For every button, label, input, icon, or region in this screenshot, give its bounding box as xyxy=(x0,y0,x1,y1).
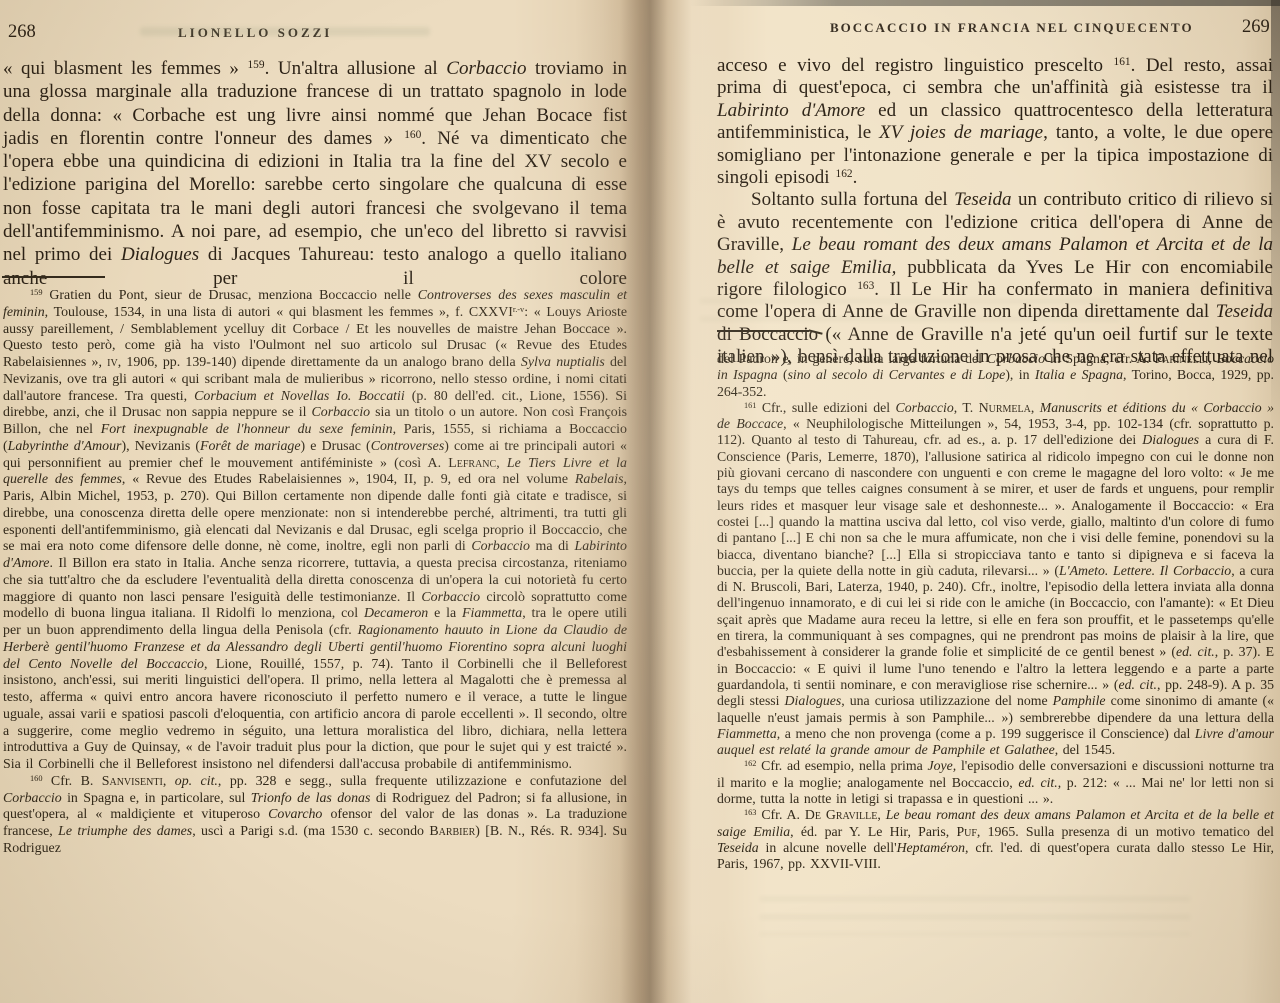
body-paragraph-continued: « qui blasment les femmes » 159. Un'altr… xyxy=(3,57,627,290)
running-head-right: BOCCACCIO IN FRANCIA NEL CINQUECENTO xyxy=(830,20,1194,36)
main-text-right: acceso e vivo del registro linguistico p… xyxy=(717,55,1273,369)
running-head-left: LIONELLO SOZZI xyxy=(178,25,332,41)
footnotes-right: del Padron e, in genere, sulla larga for… xyxy=(717,351,1274,873)
footnote-162: 162 Cfr. ad esempio, nella prima Joye, l… xyxy=(717,758,1274,807)
bleed-through-ghost xyxy=(760,890,1190,935)
page-number-right: 269 xyxy=(1242,17,1270,38)
body-paragraph-continued: acceso e vivo del registro linguistico p… xyxy=(717,55,1273,189)
book-scan: 268 LIONELLO SOZZI « qui blasment les fe… xyxy=(0,0,1280,1003)
main-text-left: « qui blasment les femmes » 159. Un'altr… xyxy=(3,57,627,290)
footnote-161: 161 Cfr., sulle edizioni del Corbaccio, … xyxy=(717,400,1274,759)
footnote-163: 163 Cfr. A. De Graville, Le beau romant … xyxy=(717,807,1274,872)
footnote-159: 159 Gratien du Pont, sieur de Drusac, me… xyxy=(3,288,627,774)
footnote-separator-right xyxy=(717,330,809,332)
footnote-160: 160 Cfr. B. Sanvisenti, op. cit., pp. 32… xyxy=(3,774,627,858)
page-number-left: 268 xyxy=(8,22,36,43)
footnote-160-continued: del Padron e, in genere, sulla larga for… xyxy=(717,351,1274,400)
footnotes-left: 159 Gratien du Pont, sieur de Drusac, me… xyxy=(3,288,627,858)
body-paragraph: Soltanto sulla fortuna del Teseida un co… xyxy=(717,189,1273,368)
scan-edge-top xyxy=(690,0,1280,6)
scan-edge-right xyxy=(1271,0,1280,430)
footnote-separator-left xyxy=(2,276,105,278)
